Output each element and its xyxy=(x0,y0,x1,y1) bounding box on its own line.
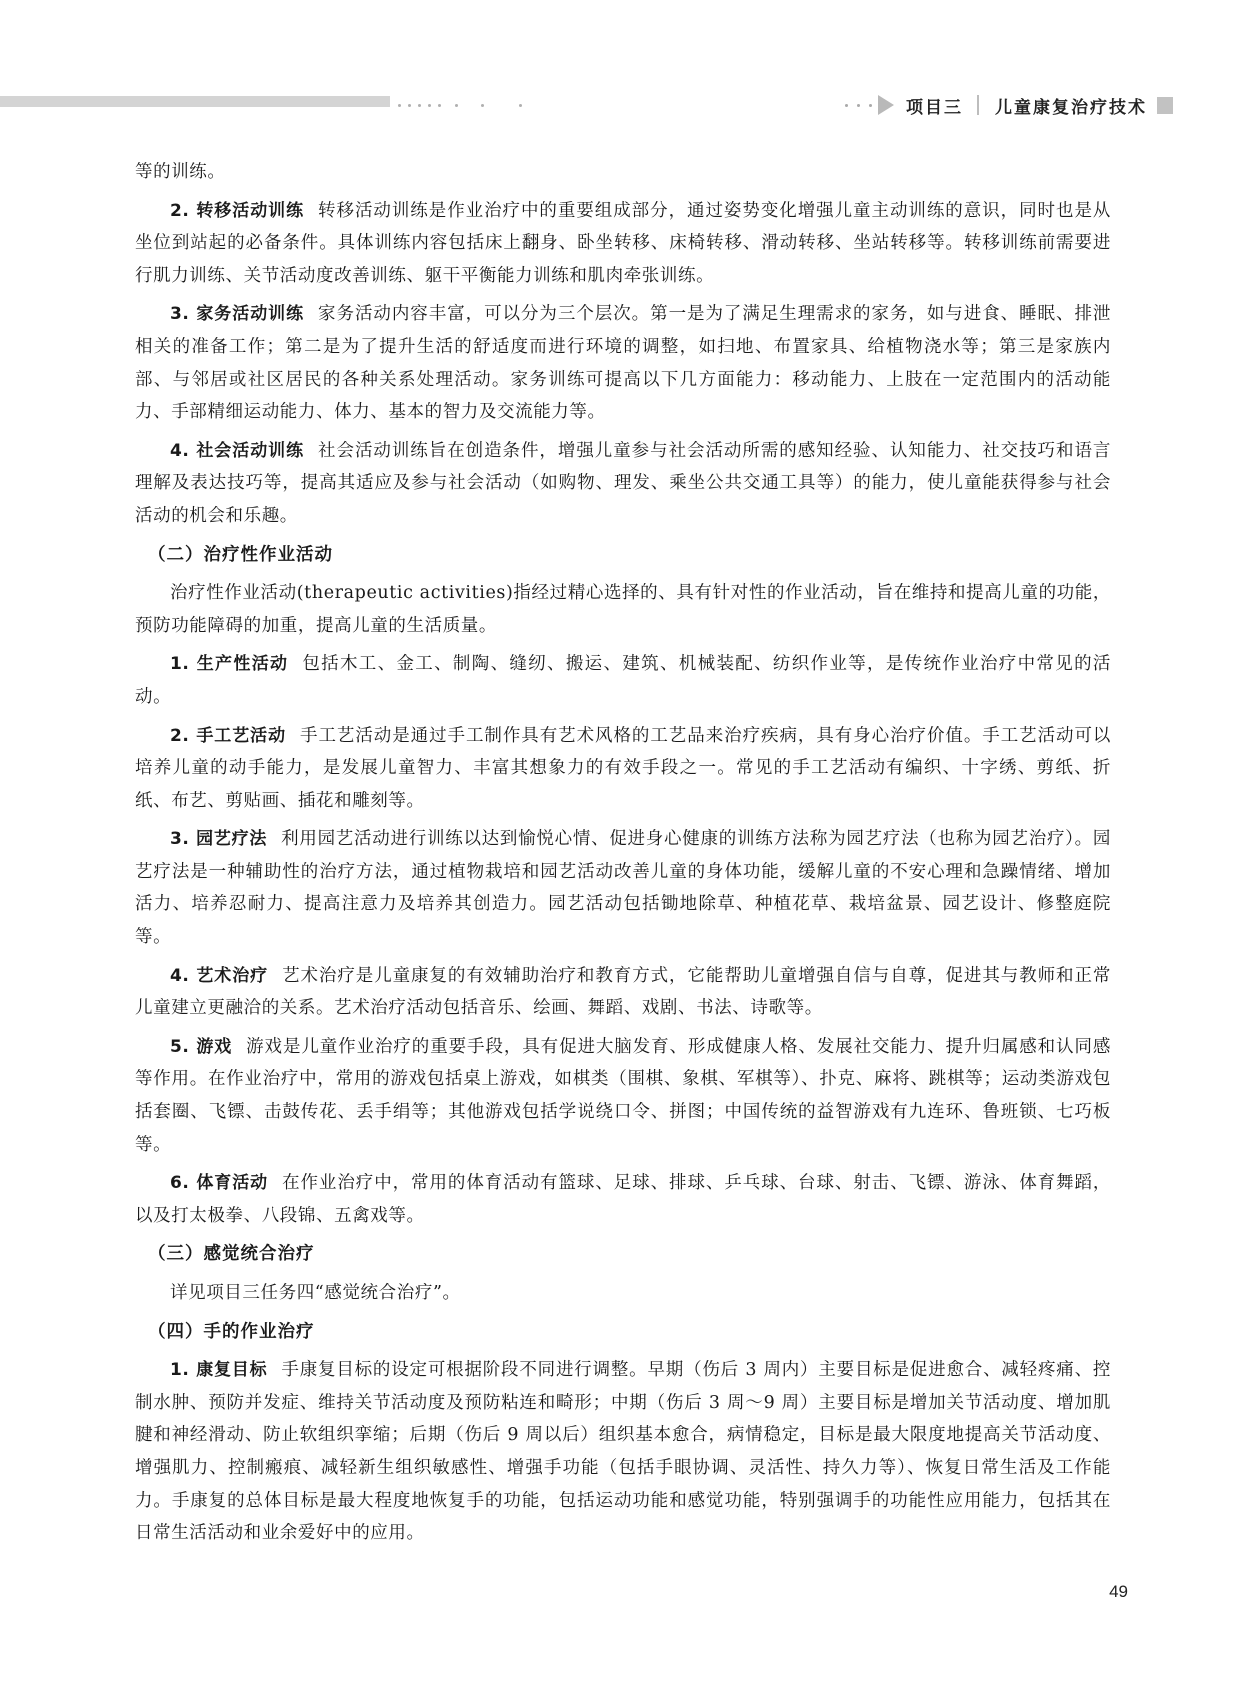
item-heading: 4. 社会活动训练 xyxy=(170,441,304,461)
project-label: 项目三 xyxy=(906,93,963,118)
section-heading-hand-therapy: （四）手的作业治疗 xyxy=(135,1316,1111,1349)
header-separator xyxy=(977,95,979,115)
item-heading: 1. 康复目标 xyxy=(170,1360,267,1380)
item-heading: 2. 转移活动训练 xyxy=(170,201,304,221)
chapter-title: 儿童康复治疗技术 xyxy=(995,93,1147,118)
paragraph-continuation: 等的训练。 xyxy=(135,156,1111,189)
paragraph-housework-training: 3. 家务活动训练家务活动内容丰富，可以分为三个层次。第一是为了满足生理需求的家… xyxy=(135,298,1111,428)
header-chapter-info: 项目三 儿童康复治疗技术 xyxy=(845,88,1173,122)
header-decorative-dots xyxy=(398,104,538,108)
item-heading: 4. 艺术治疗 xyxy=(170,966,268,986)
chevron-right-icon xyxy=(878,95,894,115)
page-body: 等的训练。 2. 转移活动训练转移活动训练是作业治疗中的重要组成部分，通过姿势变… xyxy=(135,156,1111,1556)
paragraph-transfer-training: 2. 转移活动训练转移活动训练是作业治疗中的重要组成部分，通过姿势变化增强儿童主… xyxy=(135,195,1111,293)
paragraph-handicraft: 2. 手工艺活动手工艺活动是通过手工制作具有艺术风格的工艺品来治疗疾病，具有身心… xyxy=(135,720,1111,818)
header-decorative-bar xyxy=(0,96,390,107)
item-heading: 5. 游戏 xyxy=(170,1037,232,1057)
paragraph-social-training: 4. 社会活动训练社会活动训练旨在创造条件，增强儿童参与社会活动所需的感知经验、… xyxy=(135,435,1111,533)
item-heading: 6. 体育活动 xyxy=(170,1173,268,1193)
item-heading: 1. 生产性活动 xyxy=(170,654,288,674)
header-square-icon xyxy=(1157,97,1173,114)
item-heading: 3. 园艺疗法 xyxy=(170,829,267,849)
paragraph-games: 5. 游戏游戏是儿童作业治疗的重要手段，具有促进大脑发育、形成健康人格、发展社交… xyxy=(135,1031,1111,1161)
section-heading-sensory-integration: （三）感觉统合治疗 xyxy=(135,1238,1111,1271)
paragraph-productive-activities: 1. 生产性活动包括木工、金工、制陶、缝纫、搬运、建筑、机械装配、纺织作业等，是… xyxy=(135,648,1111,713)
section-heading-therapeutic-activities: （二）治疗性作业活动 xyxy=(135,539,1111,572)
item-heading: 2. 手工艺活动 xyxy=(170,726,286,746)
page-number: 49 xyxy=(1109,1582,1128,1602)
paragraph-horticultural-therapy: 3. 园艺疗法利用园艺活动进行训练以达到愉悦心情、促进身心健康的训练方法称为园艺… xyxy=(135,823,1111,953)
paragraph-therapeutic-intro: 治疗性作业活动(therapeutic activities)指经过精心选择的、… xyxy=(135,577,1111,642)
running-header: 项目三 儿童康复治疗技术 xyxy=(0,88,1245,122)
paragraph-sensory-reference: 详见项目三任务四“感觉统合治疗”。 xyxy=(135,1277,1111,1310)
paragraph-art-therapy: 4. 艺术治疗艺术治疗是儿童康复的有效辅助治疗和教育方式，它能帮助儿童增强自信与… xyxy=(135,960,1111,1025)
header-dots-icon xyxy=(845,104,872,107)
paragraph-rehab-goals: 1. 康复目标手康复目标的设定可根据阶段不同进行调整。早期（伤后 3 周内）主要… xyxy=(135,1354,1111,1550)
item-heading: 3. 家务活动训练 xyxy=(170,304,304,324)
paragraph-sports: 6. 体育活动在作业治疗中，常用的体育活动有篮球、足球、排球、乒乓球、台球、射击… xyxy=(135,1167,1111,1232)
